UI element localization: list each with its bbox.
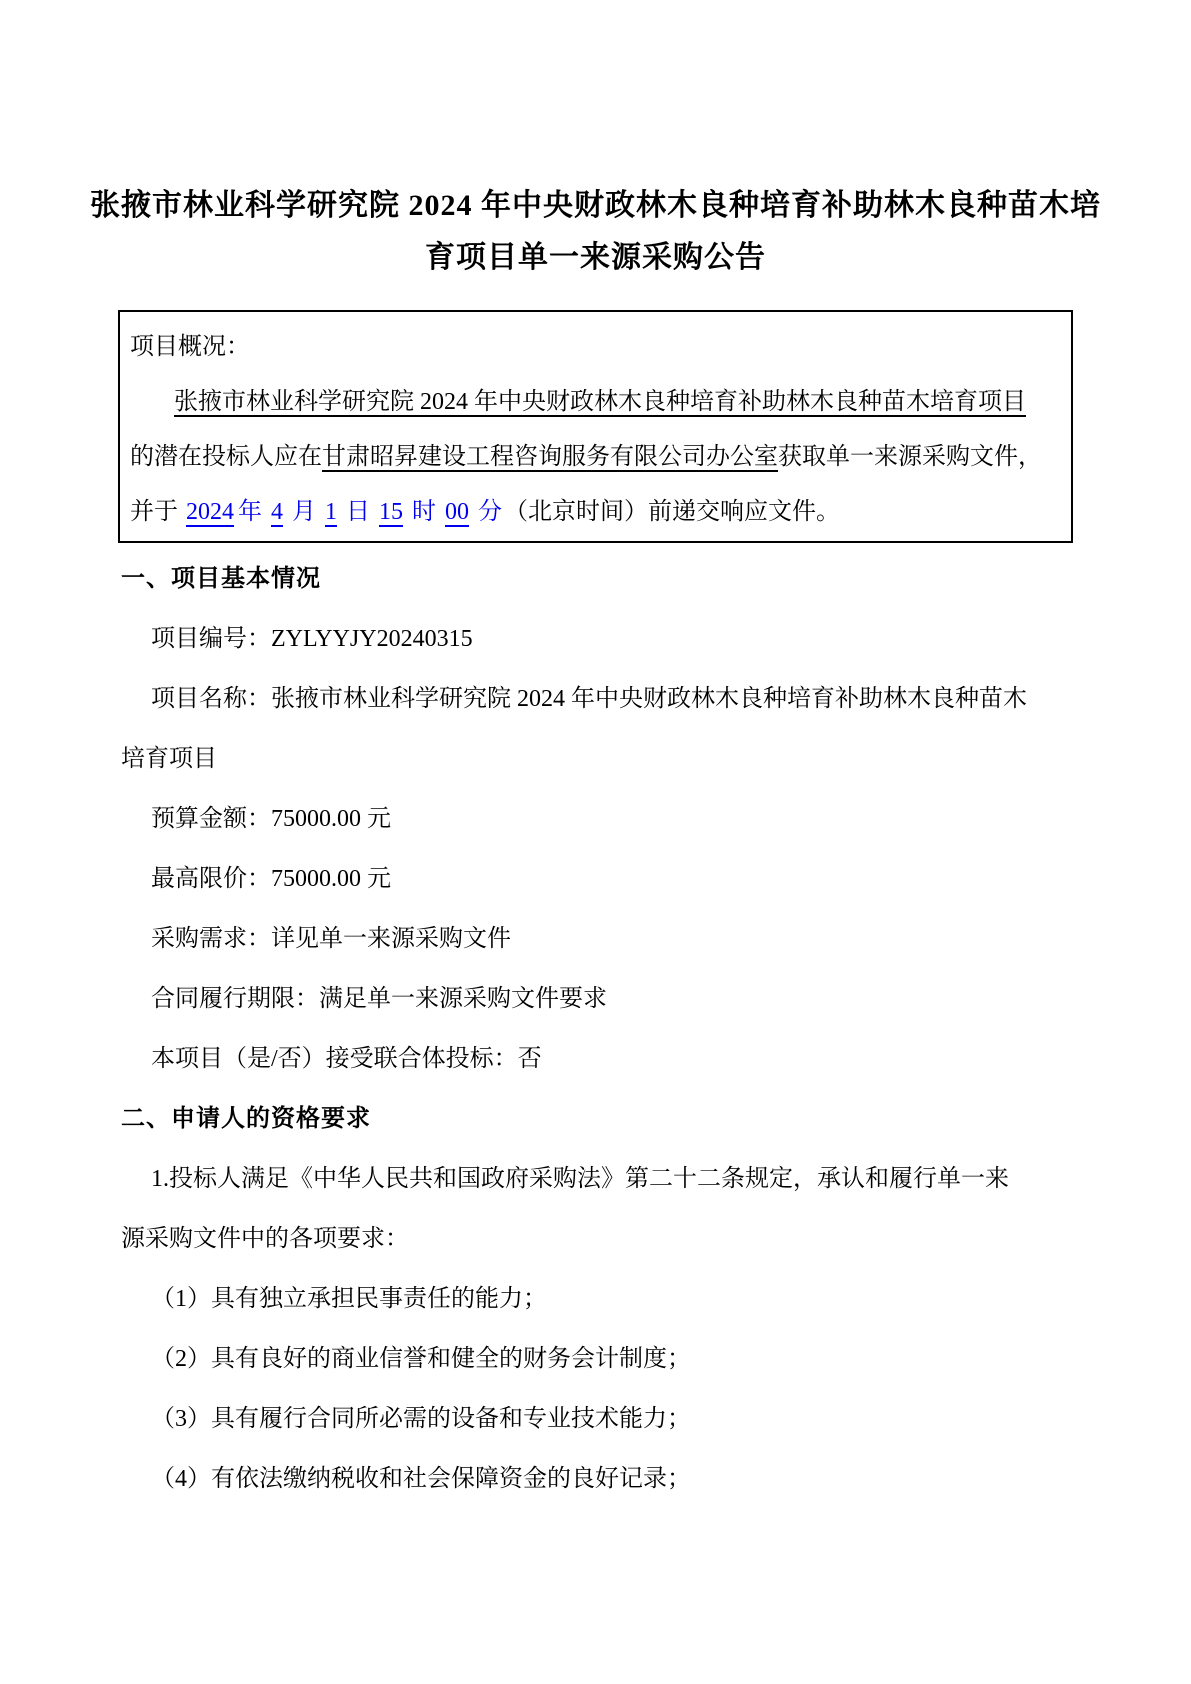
qualification-intro-line: 1.投标人满足《中华人民共和国政府采购法》第二十二条规定，承认和履行单一来 <box>121 1149 1076 1209</box>
deadline-year: 2024 <box>184 499 236 525</box>
qualification-item-3: （3）具有履行合同所必需的设备和专业技术能力； <box>121 1389 1076 1449</box>
contract-period-line: 合同履行期限：满足单一来源采购文件要求 <box>121 969 1076 1029</box>
section-heading-1: 一、项目基本情况 <box>121 549 1076 609</box>
deadline-prefix: 并于 <box>130 499 178 525</box>
deadline-hour: 15 <box>372 499 410 525</box>
deadline-month-unit: 月 <box>292 499 316 525</box>
agent-line: 的潜在投标人应在甘肃昭昇建设工程咨询服务有限公司办公室获取单一来源采购文件， <box>130 430 1061 485</box>
section-heading-2: 二、申请人的资格要求 <box>121 1089 1076 1149</box>
budget-line: 预算金额：75000.00 元 <box>121 789 1076 849</box>
deadline-day: 1 <box>318 499 344 525</box>
qualification-item-1: （1）具有独立承担民事责任的能力； <box>121 1269 1076 1329</box>
document-title: 张掖市林业科学研究院 2024 年中央财政林木良种培育补助林木良种苗木培 育项目… <box>0 180 1191 284</box>
procurement-demand-line: 采购需求：详见单一来源采购文件 <box>121 909 1076 969</box>
document-title-line-1: 张掖市林业科学研究院 2024 年中央财政林木良种培育补助林木良种苗木培 <box>0 180 1191 232</box>
deadline-suffix: （北京时间）前递交响应文件。 <box>504 499 840 525</box>
deadline-year-unit: 年 <box>238 499 262 525</box>
qualification-item-2: （2）具有良好的商业信誉和健全的财务会计制度； <box>121 1329 1076 1389</box>
document-body: 一、项目基本情况 项目编号：ZYLYYJY20240315 项目名称：张掖市林业… <box>121 549 1076 1509</box>
max-price-line: 最高限价：75000.00 元 <box>121 849 1076 909</box>
deadline-month: 4 <box>264 499 290 525</box>
project-number-line: 项目编号：ZYLYYJY20240315 <box>121 609 1076 669</box>
qualification-intro-continuation-line: 源采购文件中的各项要求： <box>121 1209 1076 1269</box>
project-name-line: 项目名称：张掖市林业科学研究院 2024 年中央财政林木良种培育补助林木良种苗木 <box>121 669 1076 729</box>
qualification-item-4: （4）有依法缴纳税收和社会保障资金的良好记录； <box>121 1449 1076 1509</box>
document-title-line-2: 育项目单一来源采购公告 <box>0 232 1191 284</box>
project-overview-box: 项目概况： 张掖市林业科学研究院 2024 年中央财政林木良种培育补助林木良种苗… <box>118 310 1073 543</box>
agent-name-underlined: 甘肃昭昇建设工程咨询服务有限公司办公室 <box>322 444 778 470</box>
agent-prefix: 的潜在投标人应在 <box>130 444 322 470</box>
project-name-continuation-line: 培育项目 <box>121 729 1076 789</box>
overview-label: 项目概况： <box>130 320 1061 375</box>
project-name-underlined: 张掖市林业科学研究院 2024 年中央财政林木良种培育补助林木良种苗木培育项目 <box>130 375 1061 430</box>
deadline-day-unit: 日 <box>346 499 370 525</box>
consortium-bid-line: 本项目（是/否）接受联合体投标：否 <box>121 1029 1076 1089</box>
deadline-minute-unit: 分 <box>478 499 502 525</box>
document-page: 张掖市林业科学研究院 2024 年中央财政林木良种培育补助林木良种苗木培 育项目… <box>0 0 1191 1684</box>
agent-suffix: 获取单一来源采购文件， <box>778 444 1042 470</box>
deadline-line: 并于2024年4月1日15时00分（北京时间）前递交响应文件。 <box>130 485 1061 540</box>
deadline-minute: 00 <box>438 499 476 525</box>
project-name-text: 张掖市林业科学研究院 2024 年中央财政林木良种培育补助林木良种苗木培育项目 <box>174 389 1026 415</box>
deadline-hour-unit: 时 <box>412 499 436 525</box>
